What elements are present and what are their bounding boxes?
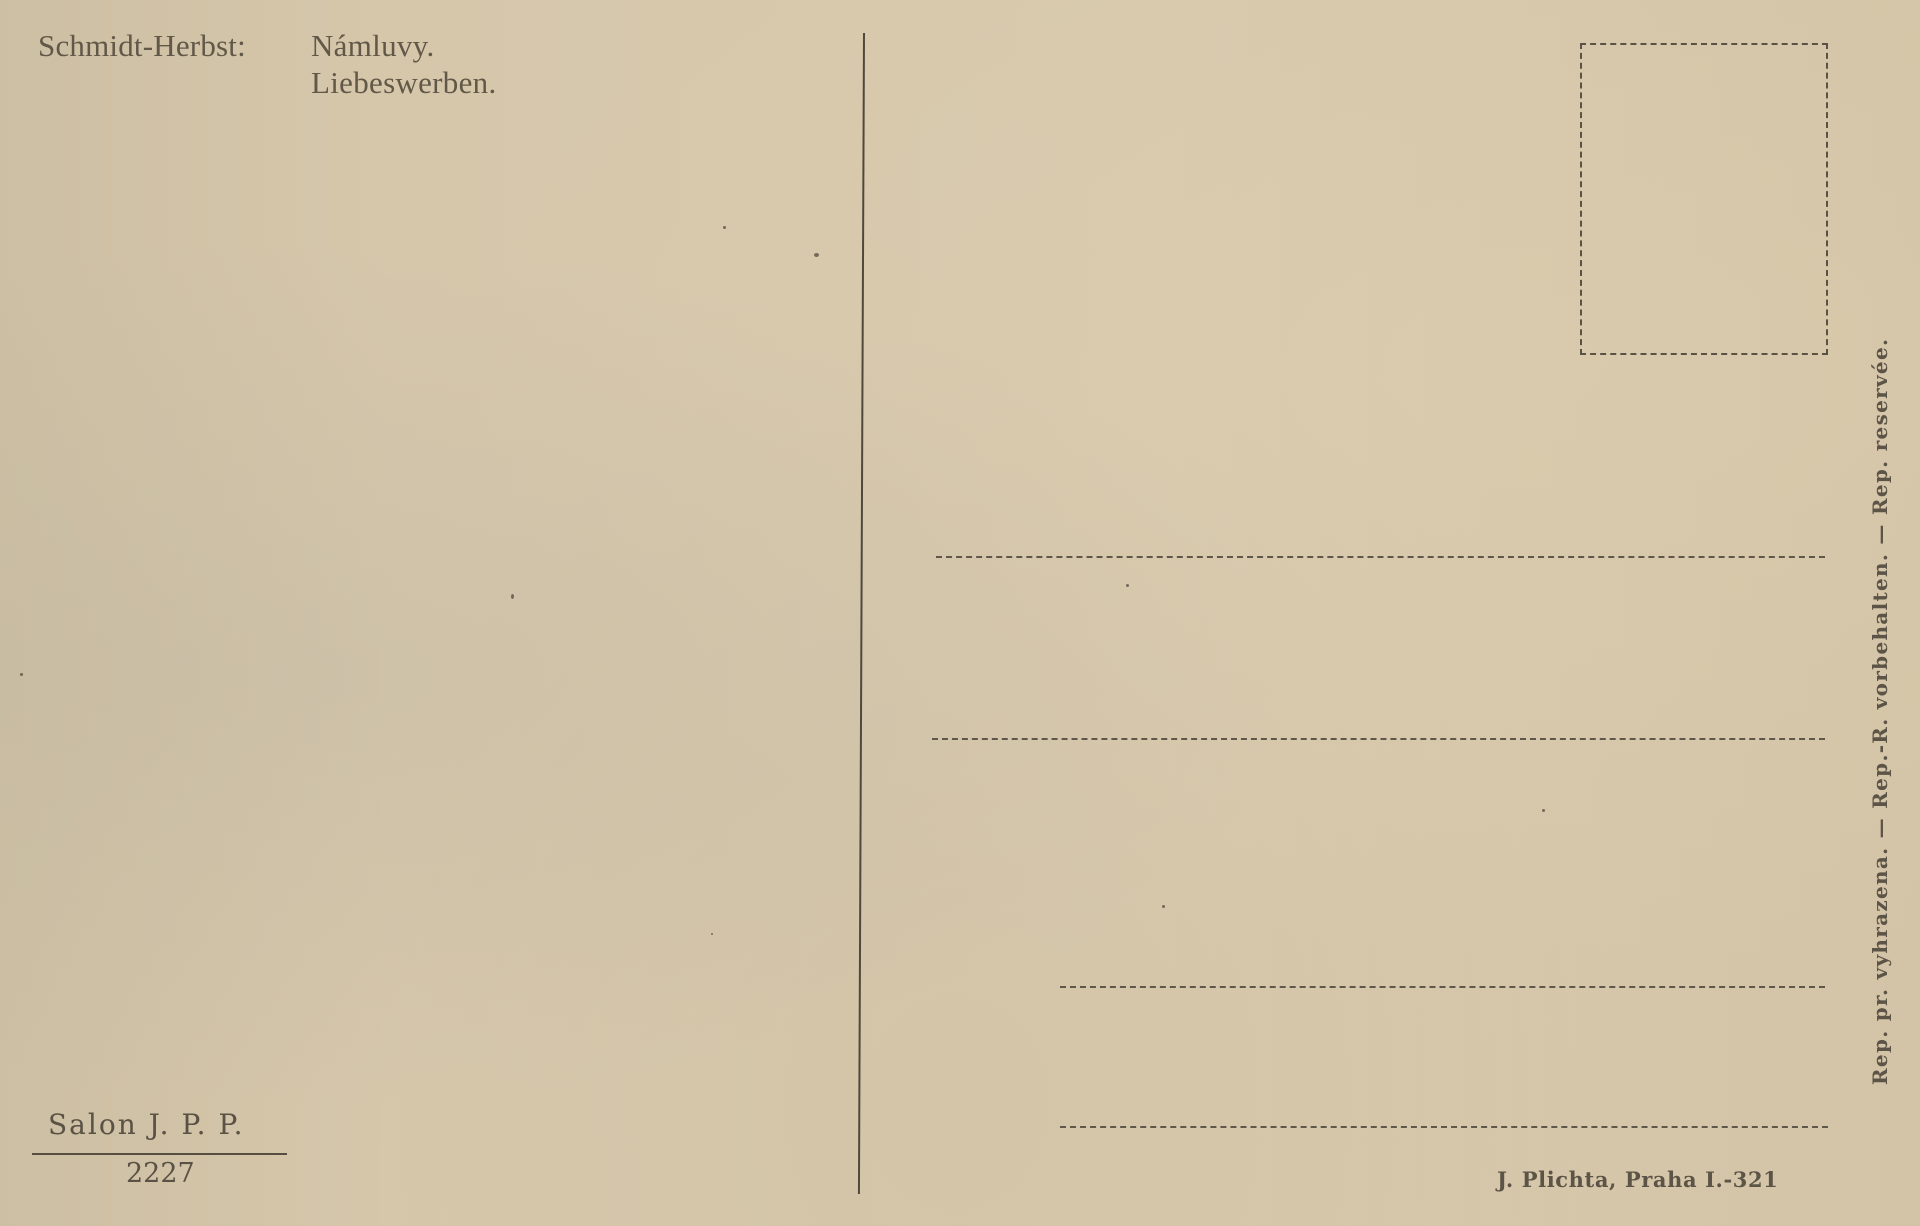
artwork-title-german: Liebeswerben. xyxy=(311,65,497,101)
paper-speck xyxy=(1542,809,1545,812)
address-line-1 xyxy=(936,556,1825,558)
paper-speck xyxy=(814,253,819,257)
publisher-imprint: J. Plichta, Praha I.-321 xyxy=(1497,1167,1778,1192)
series-underline xyxy=(32,1153,287,1155)
address-line-4 xyxy=(1060,1126,1828,1128)
postcard-back: Schmidt-Herbst: Námluvy. Liebeswerben. R… xyxy=(0,0,1920,1226)
artist-name: Schmidt-Herbst: xyxy=(38,28,246,64)
address-line-2 xyxy=(932,738,1825,740)
artwork-title-czech: Námluvy. xyxy=(311,28,435,64)
address-line-3 xyxy=(1060,986,1825,988)
center-divider-line xyxy=(858,33,865,1194)
paper-speck xyxy=(1126,584,1129,587)
stamp-placeholder-box xyxy=(1580,43,1828,355)
paper-speck xyxy=(723,226,726,229)
paper-speck xyxy=(511,594,514,599)
paper-speck xyxy=(20,673,23,676)
paper-speck xyxy=(711,933,713,935)
series-label: Salon J. P. P. xyxy=(48,1108,245,1141)
paper-speck xyxy=(1162,905,1165,908)
series-number: 2227 xyxy=(126,1158,195,1189)
reproduction-rights-notice: Rep. pr. vyhrazena. — Rep.-R. vorbehalte… xyxy=(1868,338,1892,1085)
